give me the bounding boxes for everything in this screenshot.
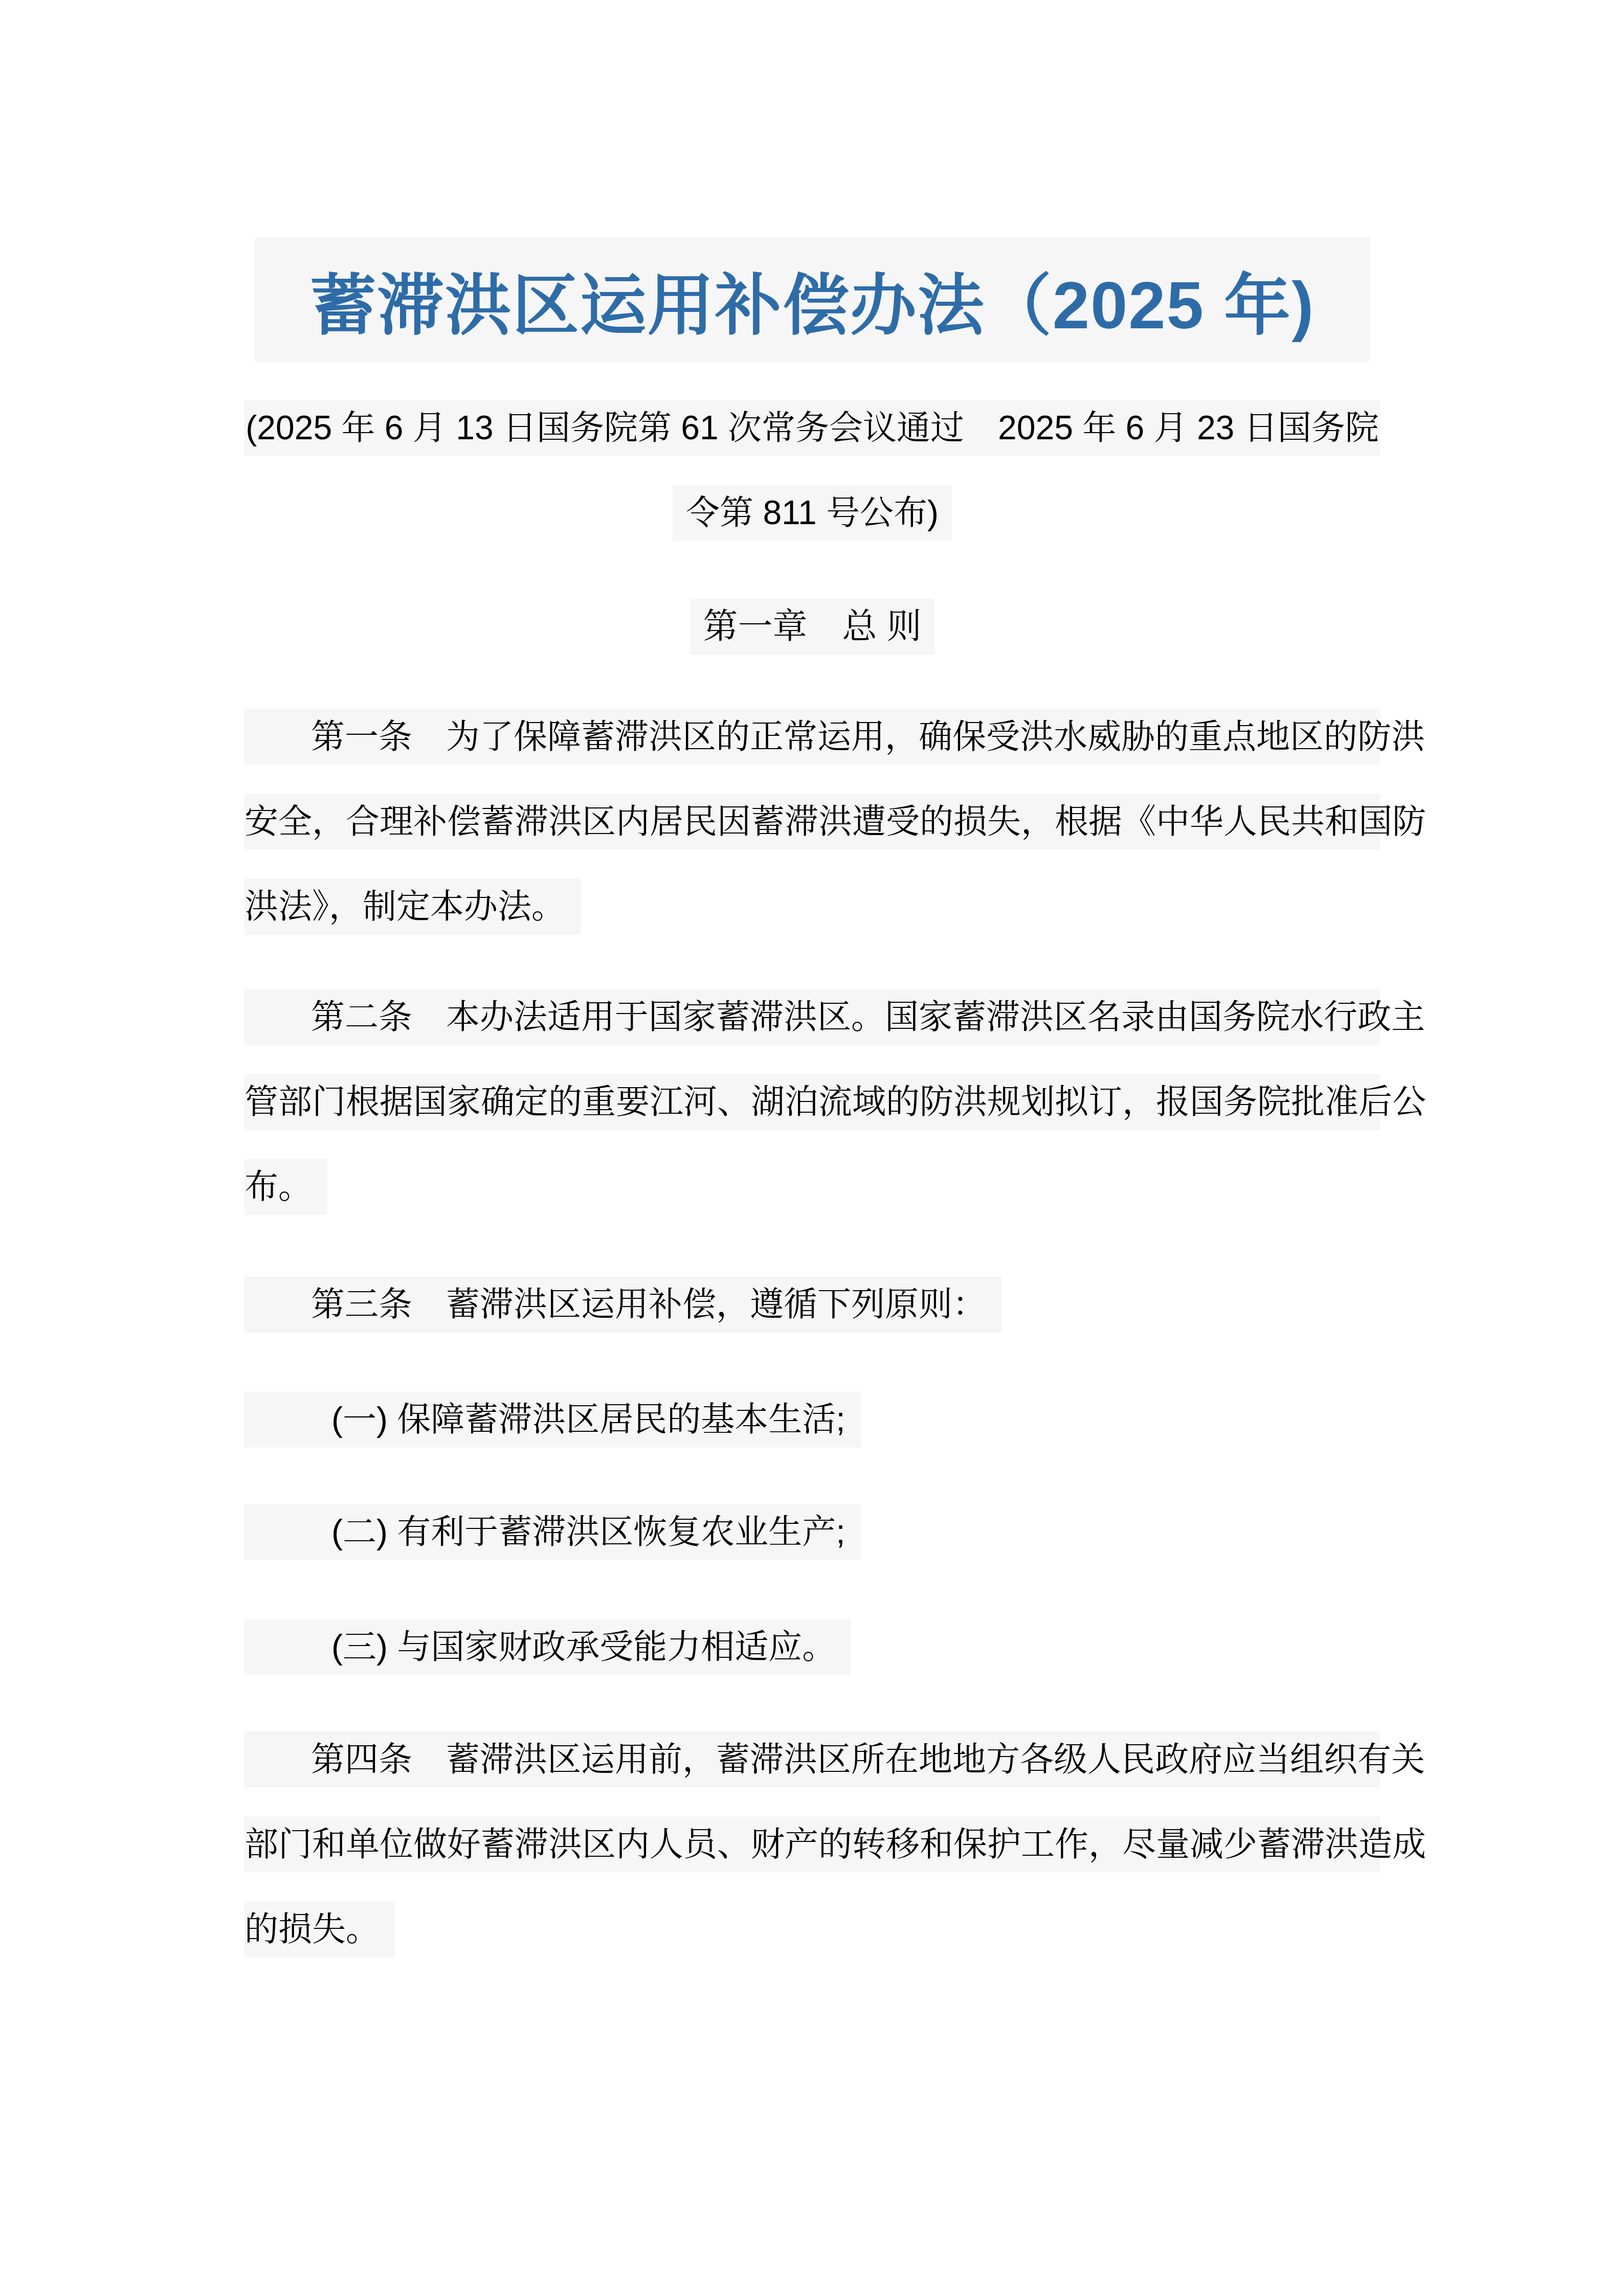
article-2-line-2: 管部门根据国家确定的重要江河、湖泊流域的防洪规划拟订，报国务院批准后公 <box>244 1074 1380 1130</box>
document-page: 蓄滞洪区运用补偿办法（2025 年) (2025 年 6 月 13 日国务院第 … <box>244 237 1380 1957</box>
promulgation-line-1: (2025 年 6 月 13 日国务院第 61 次常务会议通过 2025 年 6… <box>244 400 1380 456</box>
article-3-item-1-row: (一) 保障蓄滞洪区居民的基本生活; <box>244 1391 1380 1448</box>
article-4: 第四条 蓄滞洪区运用前，蓄滞洪区所在地地方各级人民政府应当组织有关 <box>244 1731 1380 1788</box>
article-4-line-1: 第四条 蓄滞洪区运用前，蓄滞洪区所在地地方各级人民政府应当组织有关 <box>244 1731 1380 1788</box>
article-2-line-2-row: 管部门根据国家确定的重要江河、湖泊流域的防洪规划拟订，报国务院批准后公 <box>244 1074 1380 1130</box>
article-3: 第三条 蓄滞洪区运用补偿，遵循下列原则： <box>244 1276 1380 1333</box>
promulgation-line-2-row: 令第 811 号公布) <box>244 485 1380 541</box>
document-title: 蓄滞洪区运用补偿办法（2025 年) <box>255 237 1370 362</box>
article-4-line-2: 部门和单位做好蓄滞洪区内人员、财产的转移和保护工作，尽量减少蓄滞洪造成 <box>244 1816 1380 1873</box>
article-3-line-1: 第三条 蓄滞洪区运用补偿，遵循下列原则： <box>244 1276 1002 1333</box>
article-3-item-3-row: (三) 与国家财政承受能力相适应。 <box>244 1619 1380 1675</box>
promulgation-line-2: 令第 811 号公布) <box>673 485 952 541</box>
article-4-line-3-row: 的损失。 <box>244 1901 1380 1957</box>
article-1-line-3-row: 洪法》，制定本办法。 <box>244 879 1380 935</box>
promulgation-block: (2025 年 6 月 13 日国务院第 61 次常务会议通过 2025 年 6… <box>244 400 1380 456</box>
article-2: 第二条 本办法适用于国家蓄滞洪区。国家蓄滞洪区名录由国务院水行政主 <box>244 989 1380 1045</box>
article-3-item-1: (一) 保障蓄滞洪区居民的基本生活; <box>244 1391 861 1448</box>
article-3-item-3: (三) 与国家财政承受能力相适应。 <box>244 1619 851 1675</box>
article-1-line-1: 第一条 为了保障蓄滞洪区的正常运用，确保受洪水威胁的重点地区的防洪 <box>244 709 1380 765</box>
article-3-item-2: (二) 有利于蓄滞洪区恢复农业生产; <box>244 1504 861 1560</box>
title-block: 蓄滞洪区运用补偿办法（2025 年) <box>244 237 1380 362</box>
article-2-line-1: 第二条 本办法适用于国家蓄滞洪区。国家蓄滞洪区名录由国务院水行政主 <box>244 989 1380 1045</box>
article-3-item-2-row: (二) 有利于蓄滞洪区恢复农业生产; <box>244 1504 1380 1560</box>
chapter-heading-row: 第一章 总 则 <box>244 598 1380 655</box>
article-1-line-2-row: 安全，合理补偿蓄滞洪区内居民因蓄滞洪遭受的损失，根据《中华人民共和国防 <box>244 794 1380 850</box>
article-2-line-3-row: 布。 <box>244 1159 1380 1215</box>
article-4-line-3: 的损失。 <box>244 1901 395 1957</box>
article-1-line-2: 安全，合理补偿蓄滞洪区内居民因蓄滞洪遭受的损失，根据《中华人民共和国防 <box>244 794 1380 850</box>
article-1: 第一条 为了保障蓄滞洪区的正常运用，确保受洪水威胁的重点地区的防洪 <box>244 709 1380 765</box>
chapter-heading: 第一章 总 则 <box>690 598 935 655</box>
article-2-line-3: 布。 <box>244 1159 327 1215</box>
article-4-line-2-row: 部门和单位做好蓄滞洪区内人员、财产的转移和保护工作，尽量减少蓄滞洪造成 <box>244 1816 1380 1873</box>
article-1-line-3: 洪法》，制定本办法。 <box>244 879 581 935</box>
